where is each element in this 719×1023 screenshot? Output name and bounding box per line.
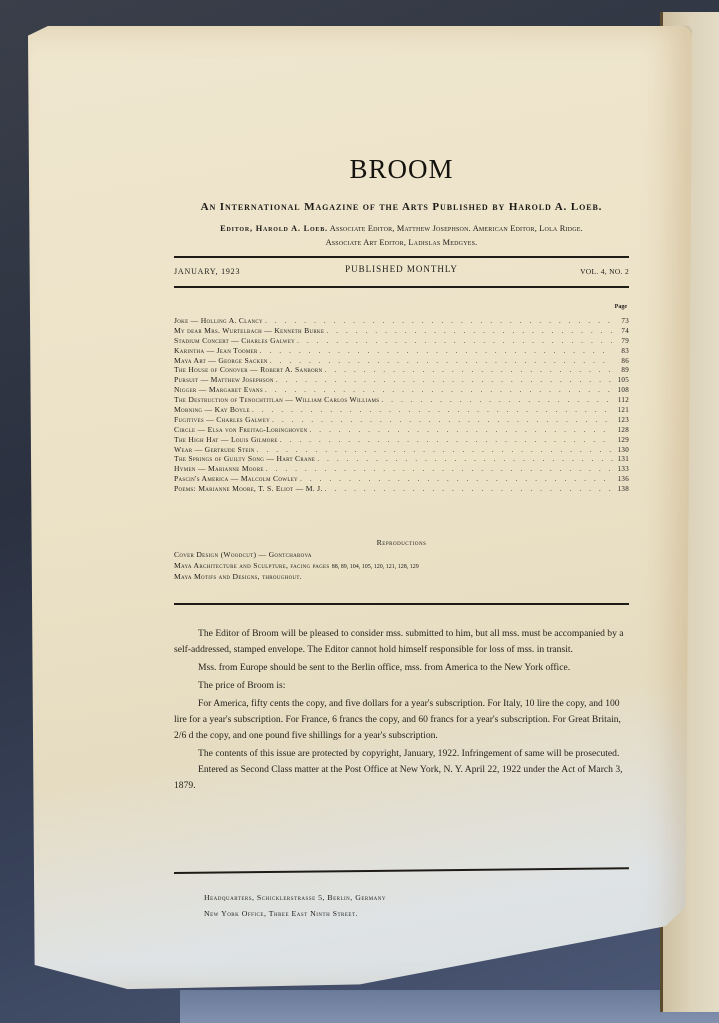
reproductions-heading: Reproductions: [174, 538, 629, 547]
office-routing: Mss. from Europe should be sent to the B…: [174, 660, 632, 676]
toc-entry: Karintha — Jean Toomer83: [174, 346, 629, 356]
toc-entry: Circle — Elsa von Freitag-Loringhoven128: [174, 425, 629, 435]
divider-rule: [174, 256, 629, 258]
toc-entry: Fugitives — Charles Galwey123: [174, 415, 629, 425]
background-surface: [180, 990, 719, 1023]
publication-frequency: PUBLISHED MONTHLY: [174, 264, 629, 274]
art-editor: Associate Art Editor, Ladislas Medgyes.: [326, 238, 478, 247]
copyright-notice: The contents of this issue are protected…: [174, 746, 632, 762]
volume-number: VOL. 4, NO. 2: [580, 267, 629, 276]
toc-entry: Pursuit — Matthew Josephson105: [174, 375, 629, 385]
price-intro: The price of Broom is:: [174, 678, 632, 694]
toc-entry: Nigger — Margaret Evans108: [174, 385, 629, 395]
toc-entry: My dear Mrs. Wurtelbach — Kenneth Burke7…: [174, 326, 629, 336]
divider-rule: [174, 286, 629, 288]
submission-policy: The Editor of Broom will be pleased to c…: [174, 626, 632, 658]
price-details: For America, fifty cents the copy, and f…: [174, 696, 632, 744]
headquarters-address: Headquarters, Schicklerstrasse 5, Berlin…: [204, 890, 386, 906]
toc-entry: The Destruction of Tenochtitlan — Willia…: [174, 395, 629, 405]
editor-in-chief: Editor, Harold A. Loeb.: [220, 224, 328, 233]
new-york-address: New York Office, Three East Ninth Street…: [204, 906, 386, 922]
editorial-notice: The Editor of Broom will be pleased to c…: [174, 626, 632, 794]
toc-entry: Pascin's America — Malcolm Cowley136: [174, 474, 629, 484]
toc-entry: Joke — Holling A. Clancy73: [174, 316, 629, 326]
associate-editors: Associate Editor, Matthew Josephson. Ame…: [330, 224, 583, 233]
postal-entry: Entered as Second Class matter at the Po…: [174, 762, 632, 794]
reproduction-entry: Maya Motifs and Designs, throughout.: [174, 572, 629, 583]
toc-entry: Hymen — Marianne Moore133: [174, 464, 629, 474]
table-of-contents: Joke — Holling A. Clancy73 My dear Mrs. …: [174, 316, 629, 494]
magazine-page: BROOM An International Magazine of the A…: [28, 26, 692, 994]
toc-entry: Maya Art — George Sacken86: [174, 356, 629, 366]
toc-entry: The House of Conover — Robert A. Sanborn…: [174, 365, 629, 375]
reproductions-list: Cover Design (Woodcut) — Gontcharova May…: [174, 550, 629, 583]
toc-entry: Morning — Kay Boyle121: [174, 405, 629, 415]
toc-page-header: Page: [615, 304, 627, 310]
editors-credit: Editor, Harold A. Loeb. Associate Editor…: [174, 222, 629, 250]
toc-entry: Wear — Gertrude Stein130: [174, 445, 629, 455]
reproduction-entry: Maya Architecture and Sculpture, facing …: [174, 561, 629, 572]
office-addresses: Headquarters, Schicklerstrasse 5, Berlin…: [204, 890, 386, 922]
toc-entry: Stadium Concert — Charles Galwey79: [174, 336, 629, 346]
dateline: JANUARY, 1923 PUBLISHED MONTHLY VOL. 4, …: [174, 264, 629, 280]
masthead-title: BROOM: [174, 154, 629, 185]
toc-entry: The High Hat — Louis Gilmore129: [174, 435, 629, 445]
divider-rule: [174, 603, 629, 605]
divider-rule: [174, 867, 629, 873]
masthead-subtitle: An International Magazine of the Arts Pu…: [174, 201, 629, 213]
reproduction-entry: Cover Design (Woodcut) — Gontcharova: [174, 550, 629, 561]
toc-entry: The Springs of Guilty Song — Hart Crane1…: [174, 454, 629, 464]
toc-entry: Poems: Marianne Moore, T. S. Eliot — M. …: [174, 484, 629, 494]
